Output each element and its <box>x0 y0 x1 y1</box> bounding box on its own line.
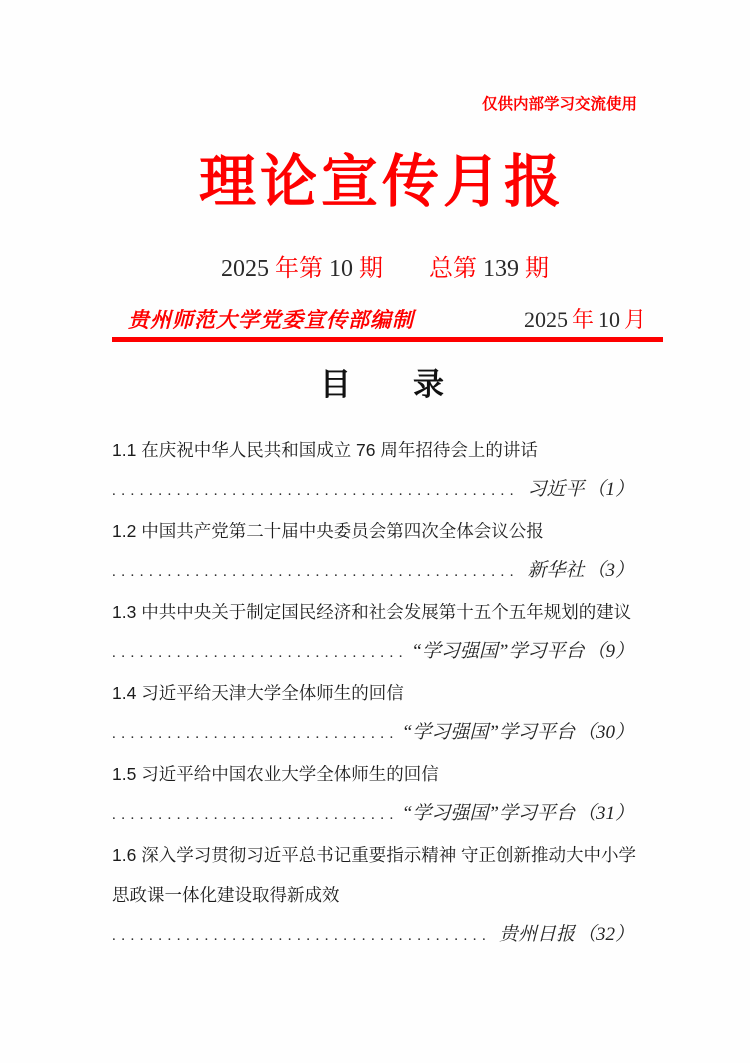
total-issue-suffix: 期 <box>525 256 549 282</box>
toc-entry-page: （3） <box>586 551 634 591</box>
dot-leader: ........................................… <box>112 795 394 835</box>
issue-suffix: 期 <box>359 256 383 282</box>
toc-entry-source: “学习强国”学习平台 <box>411 632 584 672</box>
total-issue-number: 139 <box>483 256 519 282</box>
issue-year: 2025 <box>221 256 269 282</box>
toc-entry-title: 1.2 中国共产党第二十届中央委员会第四次全体会议公报 <box>112 511 639 551</box>
publisher-row: 贵州师范大学党委宣传部编制 2025年10月 <box>112 306 652 334</box>
issue-line: 2025年第10期总第139期 <box>112 254 652 284</box>
publication-month-label: 月 <box>624 307 646 332</box>
toc-entry-leader-row: ........................................… <box>112 551 652 592</box>
toc-entry-leader-row: ........................................… <box>112 915 652 956</box>
publication-year-label: 年 <box>572 307 594 332</box>
issue-label: 年第 <box>275 256 323 282</box>
table-of-contents: 1.1 在庆祝中华人民共和国成立 76 周年招待会上的讲话 ..........… <box>112 430 652 956</box>
toc-entry-title: 1.1 在庆祝中华人民共和国成立 76 周年招待会上的讲话 <box>112 430 639 470</box>
toc-entry-page: （1） <box>586 470 634 510</box>
internal-use-notice: 仅供内部学习交流使用 <box>112 0 652 115</box>
toc-entry-title: 1.5 习近平给中国农业大学全体师生的回信 <box>112 754 639 794</box>
toc-heading: 目 录 <box>112 366 652 404</box>
document-page: 仅供内部学习交流使用 理论宣传月报 2025年第10期总第139期 贵州师范大学… <box>0 0 750 1063</box>
toc-entry-source: 新华社 <box>527 551 584 591</box>
toc-entry-source: “学习强国”学习平台 <box>402 794 575 834</box>
publication-month: 10 <box>598 307 620 332</box>
publication-title: 理论宣传月报 <box>112 152 652 214</box>
toc-entry-page: （9） <box>586 632 634 672</box>
toc-entry-source: 贵州日报 <box>499 915 575 955</box>
total-issue-label: 总第 <box>429 256 477 282</box>
dot-leader: ........................................… <box>112 714 394 754</box>
page-content: 仅供内部学习交流使用 理论宣传月报 2025年第10期总第139期 贵州师范大学… <box>112 0 652 956</box>
dot-leader: ........................................… <box>112 633 403 673</box>
issue-number: 10 <box>329 256 353 282</box>
publisher-credit: 贵州师范大学党委宣传部编制 <box>128 306 414 334</box>
toc-entry: 1.3 中共中央关于制定国民经济和社会发展第十五个五年规划的建议 .......… <box>112 592 652 673</box>
dot-leader: ........................................… <box>112 916 491 956</box>
dot-leader: ........................................… <box>112 471 519 511</box>
toc-entry-title: 1.3 中共中央关于制定国民经济和社会发展第十五个五年规划的建议 <box>112 592 639 632</box>
dot-leader: ........................................… <box>112 552 519 592</box>
toc-entry-title: 1.4 习近平给天津大学全体师生的回信 <box>112 673 639 713</box>
toc-entry: 1.4 习近平给天津大学全体师生的回信 ....................… <box>112 673 652 754</box>
toc-entry: 1.6 深入学习贯彻习近平总书记重要指示精神 守正创新推动大中小学思政课一体化建… <box>112 835 652 956</box>
publication-year: 2025 <box>524 307 568 332</box>
toc-entry-page: （31） <box>577 794 634 834</box>
double-red-rule <box>112 337 663 342</box>
toc-entry-title: 1.6 深入学习贯彻习近平总书记重要指示精神 守正创新推动大中小学思政课一体化建… <box>112 835 639 915</box>
toc-entry-leader-row: ........................................… <box>112 713 652 754</box>
toc-entry: 1.5 习近平给中国农业大学全体师生的回信 ..................… <box>112 754 652 835</box>
toc-entry: 1.1 在庆祝中华人民共和国成立 76 周年招待会上的讲话 ..........… <box>112 430 652 511</box>
toc-entry-page: （30） <box>577 713 634 753</box>
toc-entry: 1.2 中国共产党第二十届中央委员会第四次全体会议公报 ............… <box>112 511 652 592</box>
toc-entry-source: 习近平 <box>527 470 584 510</box>
toc-entry-leader-row: ........................................… <box>112 632 652 673</box>
publication-date: 2025年10月 <box>520 306 646 334</box>
toc-entry-leader-row: ........................................… <box>112 794 652 835</box>
toc-entry-page: （32） <box>577 915 634 955</box>
toc-entry-source: “学习强国”学习平台 <box>402 713 575 753</box>
toc-entry-leader-row: ........................................… <box>112 470 652 511</box>
